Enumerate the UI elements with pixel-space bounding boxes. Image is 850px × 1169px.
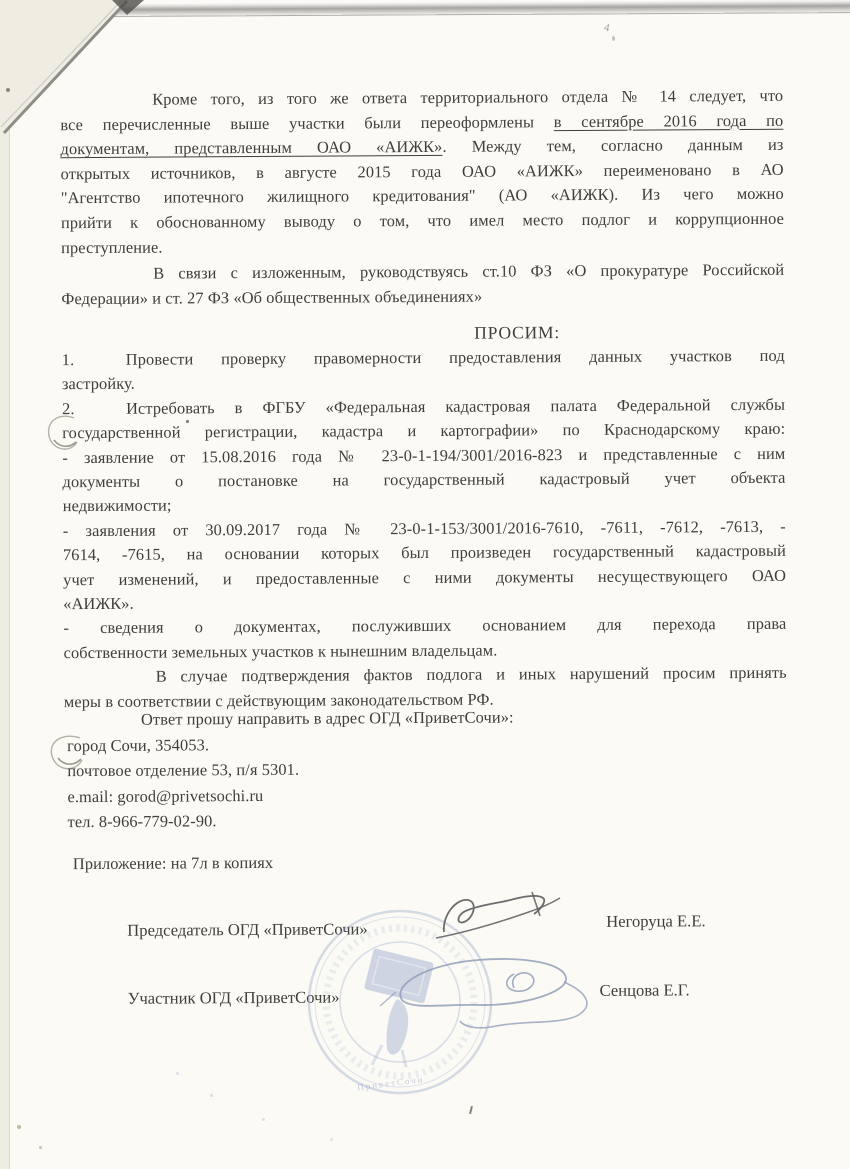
attachment-note: Приложение: на 7л в копиях [73,847,796,876]
text-line: документы о постановке на государственны… [62,466,785,495]
ink-speck [186,420,189,423]
stamp-rim-text: ПриветСочи [357,1074,425,1092]
signature-scribble-1 [428,886,568,948]
text-line: учет изменений, и предоставленные с ними… [63,563,786,592]
text-line: прийти к обоснованному выводу о том, что… [61,207,784,236]
text-line: преступление. [61,231,784,260]
dust-speck [17,1125,21,1129]
stamp-ink-speck [176,1072,179,1075]
stamp-ink-speck [330,1138,333,1141]
paragraph-legal-basis: В связи с изложенным, руководствуясь ст.… [61,257,784,311]
request-list: 1.Провести проверку правомерности предос… [62,344,787,715]
text-line: В связи с изложенным, руководствуясь ст.… [61,257,784,286]
signature-scribble-2 [366,946,606,1046]
reply-address-block: Ответ прошу направить в адрес ОГД «Приве… [67,703,791,835]
stamp-ink-speck [210,1094,213,1097]
scanner-bed-left-strip [0,118,10,1169]
address-phone: тел. 8-966-779-02-90. [68,805,791,835]
item-number: 2. [62,397,126,422]
dust-speck [612,36,615,41]
stamp-ink-speck [262,1118,265,1121]
text-line: Федерации» и ст. 27 ФЗ «Об общественных … [61,282,784,311]
underlined-text: в сентябре 2016 года по [554,110,784,130]
item-number: 1. [62,348,126,373]
bullet-line: - сведения о документах, послуживших осн… [63,612,786,641]
text-line: В случае подтверждения фактов подлога и … [64,661,787,690]
list-item: 1.Провести проверку правомерности предос… [62,344,785,373]
signature-name-negorutsa: Негоруца Е.Е. [606,911,706,932]
dust-speck [39,1146,42,1149]
signature-name-sentsova: Сенцова Е.Г. [600,980,690,1001]
page-corner-fold [0,0,210,210]
